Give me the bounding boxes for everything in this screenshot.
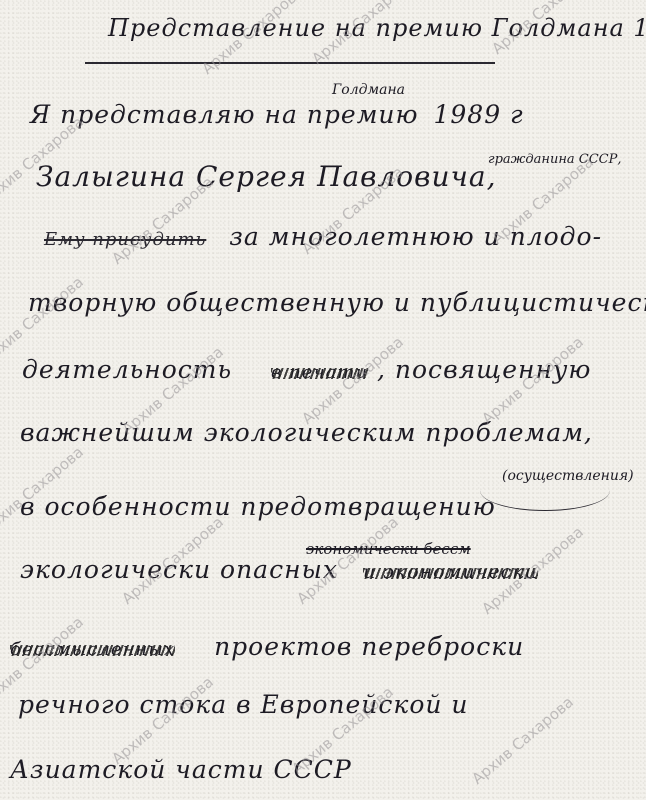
text-line-3-main: за многолетнюю и плодо- xyxy=(229,222,602,251)
text-line-5: деятельность в печати , посвященную xyxy=(22,355,591,384)
text-line-5-after: , посвященную xyxy=(377,355,591,384)
text-line-9: бессмысленных проектов переброски xyxy=(10,632,524,661)
text-line-3: Ему присудить за многолетнюю и плодо- xyxy=(44,222,602,251)
text-line-2: Залыгина Сергея Павловича, xyxy=(36,160,497,193)
text-line-1: Я представляю на премию 1989 г xyxy=(30,100,524,129)
text-line-10: речного стока в Европейской и xyxy=(18,690,469,719)
text-line-6: важнейшим экологическим проблемам, xyxy=(20,418,593,447)
watermark: Архив Сахарова xyxy=(468,693,576,788)
text-line-9-main: проектов переброски xyxy=(214,632,524,661)
text-line-5-main: деятельность xyxy=(22,355,232,384)
text-line-8-main: экологически опасных xyxy=(20,555,338,584)
title-underline xyxy=(85,62,495,64)
text-line-1-year: 1989 г xyxy=(433,100,523,129)
insertion-line-2: гражданина СССР, xyxy=(488,152,622,167)
text-line-8: экологически опасных и экономически xyxy=(20,555,538,584)
insertion-above-line-1: Голдмана xyxy=(332,82,405,98)
text-line-4: творную общественную и публицистическую xyxy=(28,288,646,317)
document-title: Представление на премию Голдмана 1989 г xyxy=(108,14,646,42)
text-line-7: в особенности предотвращению xyxy=(20,492,496,521)
watermark: Архив Сахарова xyxy=(0,443,87,538)
struck-text-line-3: Ему присудить xyxy=(44,229,206,250)
handwritten-document-page: Представление на премию Голдмана 1989 г … xyxy=(0,0,646,800)
scribble-line-5: в печати xyxy=(271,362,368,383)
scribble-line-9: бессмысленных xyxy=(10,639,175,660)
insertion-bracket xyxy=(480,470,610,511)
text-line-11: Азиатской части СССР xyxy=(10,755,352,784)
scribble-line-8: и экономически xyxy=(363,561,538,583)
text-line-1-main: Я представляю на премию xyxy=(30,100,419,129)
watermark: Архив Сахарова xyxy=(108,673,216,768)
